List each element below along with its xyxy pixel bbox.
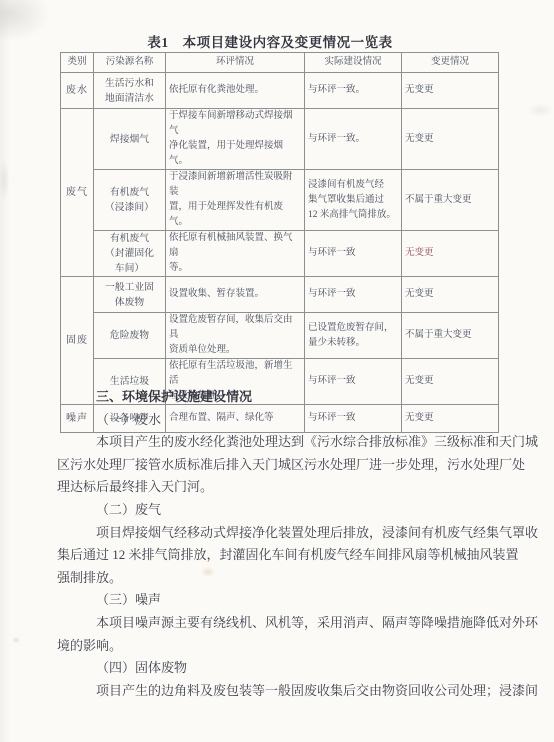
subheading-waste-gas: （二）废气 bbox=[57, 499, 543, 522]
actual-cell: 与环评一致。 bbox=[305, 109, 402, 170]
eia-cell: 依托原有机械抽风装置、换气扇 等。 bbox=[166, 231, 305, 277]
change-cell: 无变更 bbox=[402, 73, 499, 109]
table-row: 废水 生活污水和 地面清洁水 依托原有化粪池处理。 与环评一致。 无变更 bbox=[61, 73, 499, 109]
subheading-wastewater: （一）废水 bbox=[57, 409, 543, 432]
para-waste-gas-line3: 强制排放。 bbox=[57, 567, 543, 590]
eia-cell: 设置收集、暂存装置。 bbox=[166, 277, 305, 313]
table-row: 有机废气 （浸漆间） 于浸漆间新增新增活性炭吸附装 置，用于处理挥发性有机废气。… bbox=[61, 170, 499, 231]
actual-cell: 浸漆间有机废气经 集气罩收集后通过 12 米高排气筒排放。 bbox=[305, 170, 402, 231]
col-header-eia: 环评情况 bbox=[166, 53, 305, 73]
eia-cell: 于焊接车间新增移动式焊接烟气 净化装置，用于处理焊接烟气。 bbox=[166, 109, 305, 170]
construction-change-table: 类别 污染源名称 环评情况 实际建设情况 变更情况 废水 生活污水和 地面清洁水… bbox=[60, 52, 499, 433]
para-solid-waste-line1: 项目产生的边角料及废包装等一般固废收集后交由物资回收公司处理；浸漆间 bbox=[57, 680, 543, 703]
source-cell: 有机废气 （浸漆间） bbox=[94, 170, 166, 231]
actual-cell: 已设置危废暂存间， 量少未转移。 bbox=[305, 313, 402, 359]
table-row: 废气 焊接烟气 于焊接车间新增移动式焊接烟气 净化装置，用于处理焊接烟气。 与环… bbox=[61, 109, 499, 170]
eia-cell: 依托原有化粪池处理。 bbox=[166, 73, 305, 109]
table-title: 表1 本项目建设内容及变更情况一览表 bbox=[0, 31, 540, 51]
col-header-category: 类别 bbox=[61, 53, 94, 73]
change-cell: 无变更 bbox=[402, 231, 499, 277]
scanned-document-page: 表1 本项目建设内容及变更情况一览表 类别 污染源名称 环评情况 实际建设情况 … bbox=[0, 0, 554, 742]
actual-cell: 与环评一致 bbox=[305, 277, 402, 313]
source-cell: 一般工业固 体废物 bbox=[94, 277, 166, 313]
subheading-noise: （三）噪声 bbox=[57, 589, 543, 612]
change-cell: 不属于重大变更 bbox=[402, 313, 499, 359]
source-cell: 焊接烟气 bbox=[94, 109, 166, 170]
para-noise-line1: 本项目噪声源主要有绕线机、风机等，采用消声、隔声等降噪措施降低对外环 bbox=[57, 612, 543, 635]
para-wastewater-line2: 区污水处理厂接管水质标准后排入天门城区污水处理厂进一步处理，污水处理厂处 bbox=[57, 454, 543, 477]
para-waste-gas-line2: 集后通过 12 米排气筒排放，封灌固化车间有机废气经车间排风扇等机械抽风装置 bbox=[57, 544, 543, 567]
col-header-change: 变更情况 bbox=[402, 53, 499, 73]
table-row: 有机废气 （封灌固化 车间） 依托原有机械抽风装置、换气扇 等。 与环评一致 无… bbox=[61, 231, 499, 277]
table-row: 固废 一般工业固 体废物 设置收集、暂存装置。 与环评一致 无变更 bbox=[61, 277, 499, 313]
category-cell-wastewater: 废水 bbox=[61, 73, 94, 109]
para-waste-gas-line1: 项目焊接烟气经移动式焊接净化装置处理后排放，浸漆间有机废气经集气罩收 bbox=[57, 522, 543, 545]
change-cell: 无变更 bbox=[402, 109, 499, 170]
category-cell-waste-gas: 废气 bbox=[61, 109, 94, 277]
source-cell: 生活污水和 地面清洁水 bbox=[94, 73, 166, 109]
para-noise-line2: 境的影响。 bbox=[57, 635, 543, 658]
col-header-source: 污染源名称 bbox=[94, 53, 166, 73]
para-wastewater-line3: 理达标后最终排入天门河。 bbox=[57, 476, 543, 499]
change-cell: 无变更 bbox=[402, 277, 499, 313]
para-wastewater-line1: 本项目产生的废水经化粪池处理达到《污水综合排放标准》三级标准和天门城 bbox=[57, 431, 543, 454]
env-protection-section: 三、环境保护设施建设情况 （一）废水 本项目产生的废水经化粪池处理达到《污水综合… bbox=[57, 386, 543, 702]
eia-cell: 设置危废暂存间，收集后交由具 资质单位处理。 bbox=[166, 313, 305, 359]
eia-cell: 于浸漆间新增新增活性炭吸附装 置，用于处理挥发性有机废气。 bbox=[166, 170, 305, 231]
actual-cell: 与环评一致。 bbox=[305, 73, 402, 109]
subheading-solid-waste: （四）固体废物 bbox=[57, 657, 543, 680]
table-row: 危险废物 设置危废暂存间，收集后交由具 资质单位处理。 已设置危废暂存间， 量少… bbox=[61, 313, 499, 359]
actual-cell: 与环评一致 bbox=[305, 231, 402, 277]
change-cell: 不属于重大变更 bbox=[402, 170, 499, 231]
section-heading-env-facilities: 三、环境保护设施建设情况 bbox=[57, 386, 543, 409]
table-header-row: 类别 污染源名称 环评情况 实际建设情况 变更情况 bbox=[61, 53, 499, 73]
col-header-actual: 实际建设情况 bbox=[305, 53, 402, 73]
source-cell: 危险废物 bbox=[94, 313, 166, 359]
source-cell: 有机废气 （封灌固化 车间） bbox=[94, 231, 166, 277]
